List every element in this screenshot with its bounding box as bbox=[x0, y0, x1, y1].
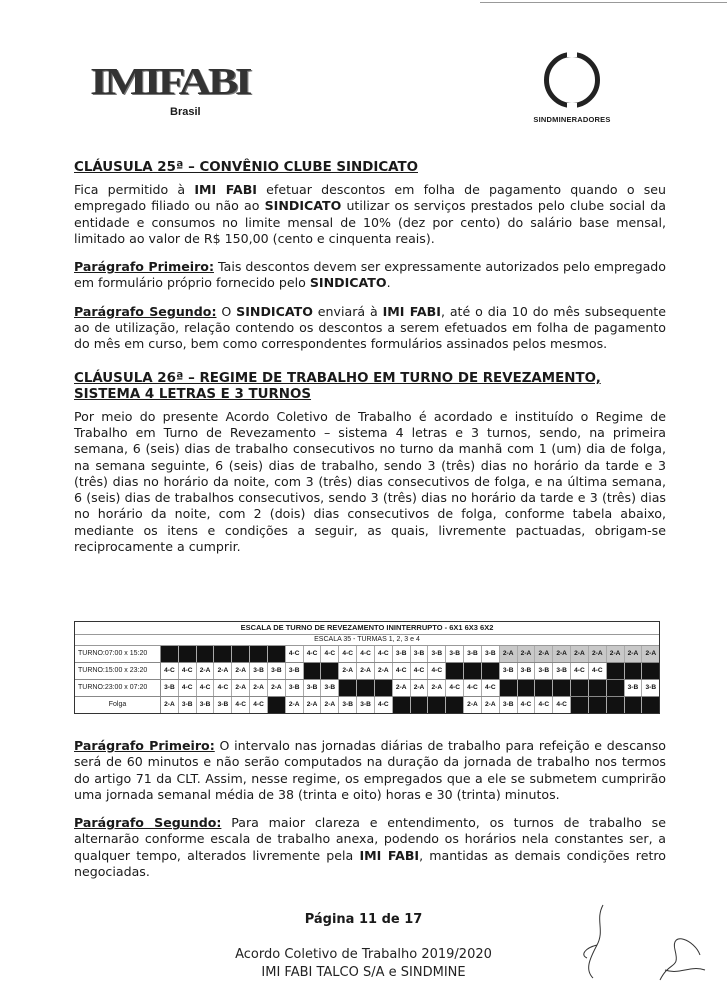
shift-cell: 3-B bbox=[625, 680, 643, 696]
shift-cell-empty bbox=[571, 697, 589, 713]
row-label: Folga bbox=[75, 697, 161, 713]
clause-25-paragraph-first: Parágrafo Primeiro: Tais descontos devem… bbox=[74, 259, 666, 292]
shift-cell: 4-C bbox=[446, 680, 464, 696]
shift-cell: 4-C bbox=[518, 697, 536, 713]
shift-cell-empty bbox=[446, 697, 464, 713]
shift-cell: 4-C bbox=[393, 663, 411, 679]
shift-cell-empty bbox=[268, 646, 286, 662]
shift-cell-empty bbox=[375, 680, 393, 696]
shift-cell-empty bbox=[464, 663, 482, 679]
shift-cell-empty bbox=[179, 646, 197, 662]
shift-cell: 4-C bbox=[482, 680, 500, 696]
shift-cell: 4-C bbox=[553, 697, 571, 713]
shift-cell: 4-C bbox=[161, 663, 179, 679]
shift-cell: 2-A bbox=[625, 646, 643, 662]
row-label: TURNO:15:00 x 23:20 bbox=[75, 663, 161, 679]
shift-cell: 3-B bbox=[286, 680, 304, 696]
shift-cell: 3-B bbox=[250, 663, 268, 679]
shift-cell: 4-C bbox=[571, 663, 589, 679]
clause-25-title: CLÁUSULA 25ª – CONVÊNIO CLUBE SINDICATO bbox=[74, 160, 666, 176]
shift-cell-empty bbox=[589, 697, 607, 713]
table-row: TURNO:23:00 x 07:203-B4-C4-C4-C2-A2-A2-A… bbox=[75, 680, 659, 697]
shift-cell: 2-A bbox=[232, 663, 250, 679]
shift-cell: 2-A bbox=[518, 646, 536, 662]
shift-cell-empty bbox=[642, 663, 659, 679]
shift-cell: 2-A bbox=[571, 646, 589, 662]
shift-cell: 4-C bbox=[339, 646, 357, 662]
shift-cell: 3-B bbox=[500, 663, 518, 679]
table-title: ESCALA DE TURNO DE REVEZAMENTO ININTERRU… bbox=[75, 622, 659, 635]
shift-cell: 4-C bbox=[428, 663, 446, 679]
shift-cell-empty bbox=[518, 680, 536, 696]
footer-agreement-title: Acordo Coletivo de Trabalho 2019/2020 bbox=[0, 947, 727, 962]
shift-cell: 2-A bbox=[642, 646, 659, 662]
shift-cell-empty bbox=[232, 646, 250, 662]
shift-cell: 3-B bbox=[428, 646, 446, 662]
shift-cell: 2-A bbox=[553, 646, 571, 662]
shift-cell: 3-B bbox=[161, 680, 179, 696]
clause-26-paragraph-first: Parágrafo Primeiro: O intervalo nas jorn… bbox=[74, 738, 666, 803]
shift-cell: 3-B bbox=[553, 663, 571, 679]
sindmineradores-circle-icon bbox=[544, 52, 600, 108]
imifabi-logo-text: IMIFABI bbox=[90, 62, 270, 102]
shift-cell: 3-B bbox=[321, 680, 339, 696]
shift-cell: 3-B bbox=[304, 680, 322, 696]
shift-cell-empty bbox=[500, 680, 518, 696]
shift-cell: 2-A bbox=[428, 680, 446, 696]
clause-26-paragraph-second: Parágrafo Segundo: Para maior clareza e … bbox=[74, 815, 666, 880]
shift-cell: 4-C bbox=[232, 697, 250, 713]
shift-cell: 3-B bbox=[446, 646, 464, 662]
shift-cell: 2-A bbox=[197, 663, 215, 679]
shift-cell-empty bbox=[607, 680, 625, 696]
shift-cell: 2-A bbox=[589, 646, 607, 662]
row-label: TURNO:07:00 x 15:20 bbox=[75, 646, 161, 662]
shift-cell: 3-B bbox=[642, 680, 659, 696]
shift-cell-empty bbox=[446, 663, 464, 679]
shift-cell: 3-B bbox=[464, 646, 482, 662]
shift-cell-empty bbox=[428, 697, 446, 713]
top-border-line bbox=[480, 2, 727, 3]
clause-26-title: CLÁUSULA 26ª – REGIME DE TRABALHO EM TUR… bbox=[74, 371, 666, 403]
shift-cell: 2-A bbox=[214, 663, 232, 679]
imifabi-logo: IMIFABI Brasil bbox=[90, 62, 240, 118]
shift-cell-empty bbox=[393, 697, 411, 713]
signature-mark bbox=[650, 930, 710, 990]
shift-cell-empty bbox=[607, 663, 625, 679]
shift-cell-empty bbox=[304, 663, 322, 679]
sindmineradores-logo-subtitle: SINDMINERADORES bbox=[522, 115, 622, 124]
shift-cell-empty bbox=[161, 646, 179, 662]
shift-cell-empty bbox=[482, 663, 500, 679]
shift-cell: 4-C bbox=[375, 697, 393, 713]
shift-cell-empty bbox=[339, 680, 357, 696]
paragraph-label: Parágrafo Primeiro: bbox=[74, 738, 215, 753]
shift-cell-empty bbox=[321, 663, 339, 679]
table-row: TURNO:07:00 x 15:204-C4-C4-C4-C4-C4-C3-B… bbox=[75, 646, 659, 663]
shift-cell: 2-A bbox=[411, 680, 429, 696]
shift-cell: 2-A bbox=[268, 680, 286, 696]
shift-cell: 4-C bbox=[197, 680, 215, 696]
shift-cell: 4-C bbox=[535, 697, 553, 713]
shift-cell-empty bbox=[357, 680, 375, 696]
shift-cell: 3-B bbox=[535, 663, 553, 679]
table-row: Folga2-A3-B3-B3-B4-C4-C2-A2-A2-A3-B3-B4-… bbox=[75, 697, 659, 713]
shift-schedule-table: ESCALA DE TURNO DE REVEZAMENTO ININTERRU… bbox=[74, 621, 660, 714]
shift-cell-empty bbox=[642, 697, 659, 713]
shift-cell-empty bbox=[268, 697, 286, 713]
shift-cell: 2-A bbox=[482, 697, 500, 713]
page-number: Página 11 de 17 bbox=[0, 912, 727, 927]
shift-cell: 4-C bbox=[304, 646, 322, 662]
clause-26-body: Por meio do presente Acordo Coletivo de … bbox=[74, 409, 666, 556]
shift-cell-empty bbox=[250, 646, 268, 662]
paragraph-label: Parágrafo Segundo: bbox=[74, 815, 221, 830]
shift-cell-empty bbox=[553, 680, 571, 696]
shift-cell: 4-C bbox=[179, 663, 197, 679]
row-label: TURNO:23:00 x 07:20 bbox=[75, 680, 161, 696]
shift-cell: 3-B bbox=[197, 697, 215, 713]
table-subtitle: ESCALA 35 - TURMAS 1, 2, 3 e 4 bbox=[75, 635, 659, 646]
shift-cell: 2-A bbox=[535, 646, 553, 662]
clause-26-paragraphs: Parágrafo Primeiro: O intervalo nas jorn… bbox=[74, 738, 666, 892]
shift-cell: 4-C bbox=[375, 646, 393, 662]
shift-cell: 4-C bbox=[357, 646, 375, 662]
shift-cell-empty bbox=[535, 680, 553, 696]
shift-cell: 2-A bbox=[357, 663, 375, 679]
sindmineradores-logo: SINDMINERADORES bbox=[522, 52, 622, 124]
signature-mark bbox=[575, 900, 615, 980]
main-content: CLÁUSULA 25ª – CONVÊNIO CLUBE SINDICATO … bbox=[74, 160, 666, 567]
paragraph-label: Parágrafo Primeiro: bbox=[74, 259, 214, 274]
shift-cell-empty bbox=[607, 697, 625, 713]
shift-cell-empty bbox=[571, 680, 589, 696]
shift-cell: 3-B bbox=[286, 663, 304, 679]
clause-25-body: Fica permitido à IMI FABI efetuar descon… bbox=[74, 182, 666, 247]
table-rows: TURNO:07:00 x 15:204-C4-C4-C4-C4-C4-C3-B… bbox=[75, 646, 659, 713]
shift-cell: 4-C bbox=[250, 697, 268, 713]
shift-cell: 2-A bbox=[393, 680, 411, 696]
shift-cell-empty bbox=[214, 646, 232, 662]
shift-cell: 3-B bbox=[357, 697, 375, 713]
shift-cell: 3-B bbox=[268, 663, 286, 679]
shift-cell: 2-A bbox=[500, 646, 518, 662]
shift-cell: 2-A bbox=[339, 663, 357, 679]
shift-cell-empty bbox=[411, 697, 429, 713]
shift-cell: 2-A bbox=[161, 697, 179, 713]
shift-cell: 2-A bbox=[375, 663, 393, 679]
shift-cell: 4-C bbox=[214, 680, 232, 696]
shift-cell: 3-B bbox=[214, 697, 232, 713]
table-row: TURNO:15:00 x 23:204-C4-C2-A2-A2-A3-B3-B… bbox=[75, 663, 659, 680]
shift-cell: 3-B bbox=[482, 646, 500, 662]
clause-25-paragraph-second: Parágrafo Segundo: O SINDICATO enviará à… bbox=[74, 304, 666, 353]
shift-cell: 3-B bbox=[411, 646, 429, 662]
shift-cell: 2-A bbox=[464, 697, 482, 713]
shift-cell: 2-A bbox=[607, 646, 625, 662]
shift-cell: 4-C bbox=[589, 663, 607, 679]
shift-cell: 3-B bbox=[339, 697, 357, 713]
imifabi-logo-subtitle: Brasil bbox=[170, 106, 240, 118]
shift-cell-empty bbox=[625, 663, 643, 679]
shift-cell: 2-A bbox=[250, 680, 268, 696]
shift-cell: 3-B bbox=[518, 663, 536, 679]
shift-cell: 4-C bbox=[321, 646, 339, 662]
shift-cell: 4-C bbox=[464, 680, 482, 696]
shift-cell-empty bbox=[589, 680, 607, 696]
shift-cell-empty bbox=[625, 697, 643, 713]
shift-cell: 3-B bbox=[393, 646, 411, 662]
shift-cell: 2-A bbox=[304, 697, 322, 713]
shift-cell: 2-A bbox=[321, 697, 339, 713]
paragraph-label: Parágrafo Segundo: bbox=[74, 304, 216, 319]
shift-cell: 4-C bbox=[411, 663, 429, 679]
shift-cell: 3-B bbox=[179, 697, 197, 713]
footer-parties: IMI FABI TALCO S/A e SINDMINE bbox=[0, 965, 727, 980]
shift-cell: 2-A bbox=[286, 697, 304, 713]
shift-cell: 3-B bbox=[500, 697, 518, 713]
shift-cell: 2-A bbox=[232, 680, 250, 696]
shift-cell: 4-C bbox=[286, 646, 304, 662]
shift-cell-empty bbox=[197, 646, 215, 662]
shift-cell: 4-C bbox=[179, 680, 197, 696]
